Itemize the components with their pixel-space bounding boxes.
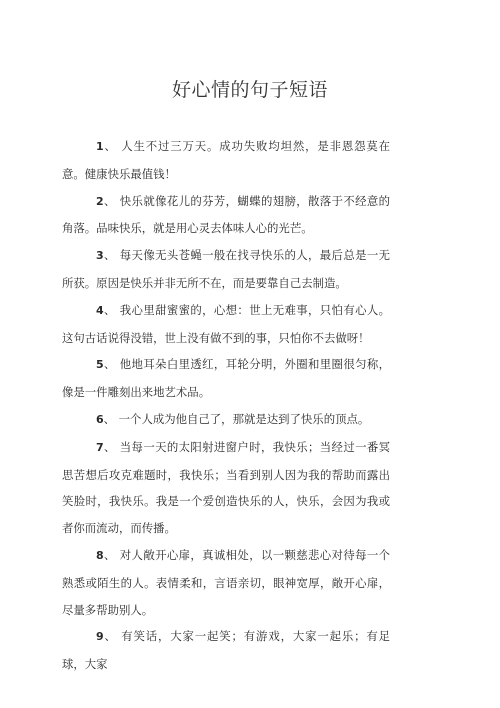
paragraph-text: 、 人生不过三万天。成功失败均坦然，是非恩怨莫在意。健康快乐最值钱！: [62, 139, 390, 181]
paragraph-number: 3: [96, 249, 104, 262]
paragraph-number: 1: [96, 140, 104, 153]
paragraph-9: 9、 有笑话，大家一起笑；有游戏，大家一起乐；有足球，大家: [62, 623, 390, 678]
paragraph-1: 1、 人生不过三万天。成功失败均坦然，是非恩怨莫在意。健康快乐最值钱！: [62, 133, 390, 188]
paragraph-text: 、 每天像无头苍蝇一般在找寻快乐的人，最后总是一无所获。原因是快乐并非无所不在，…: [62, 248, 390, 290]
paragraph-5: 5、 他地耳朵白里透红，耳轮分明，外圈和里圈很匀称，像是一件雕刻出来地艺术品。: [62, 351, 390, 406]
paragraph-number: 7: [96, 441, 104, 454]
document-title: 好心情的句子短语: [0, 75, 500, 102]
paragraph-number: 4: [96, 304, 104, 317]
paragraph-2: 2、 快乐就像花儿的芬芳，蝴蝶的翅膀，散落于不经意的角落。品味快乐，就是用心灵去…: [62, 188, 390, 243]
paragraph-number: 9: [96, 630, 104, 643]
paragraph-4: 4、 我心里甜蜜蜜的，心想：世上无难事，只怕有心人。这句古话说得没错，世上没有做…: [62, 297, 390, 352]
paragraph-8: 8、 对人敞开心扉，真诚相处，以一颗慈悲心对待每一个熟悉或陌生的人。表情柔和，言…: [62, 542, 390, 623]
paragraph-text: 、 快乐就像花儿的芬芳，蝴蝶的翅膀，散落于不经意的角落。品味快乐，就是用心灵去体…: [62, 194, 390, 236]
paragraph-text: 、 我心里甜蜜蜜的，心想：世上无难事，只怕有心人。这句古话说得没错，世上没有做不…: [62, 303, 390, 345]
paragraph-text: 、 对人敞开心扉，真诚相处，以一颗慈悲心对待每一个熟悉或陌生的人。表情柔和，言语…: [62, 548, 390, 617]
paragraph-text: 、 他地耳朵白里透红，耳轮分明，外圈和里圈很匀称，像是一件雕刻出来地艺术品。: [62, 357, 390, 399]
paragraph-number: 5: [96, 358, 104, 371]
paragraph-number: 8: [96, 549, 104, 562]
paragraph-text: 、 有笑话，大家一起笑；有游戏，大家一起乐；有足球，大家: [62, 629, 390, 671]
paragraph-number: 2: [96, 195, 104, 208]
document-body: 1、 人生不过三万天。成功失败均坦然，是非恩怨莫在意。健康快乐最值钱！ 2、 快…: [62, 133, 390, 678]
paragraph-number: 6: [96, 413, 104, 426]
paragraph-text: 、 当每一天的太阳射进窗户时，我快乐；当经过一番冥思苦想后攻克难题时，我快乐；当…: [62, 440, 390, 535]
paragraph-3: 3、 每天像无头苍蝇一般在找寻快乐的人，最后总是一无所获。原因是快乐并非无所不在…: [62, 242, 390, 297]
paragraph-7: 7、 当每一天的太阳射进窗户时，我快乐；当经过一番冥思苦想后攻克难题时，我快乐；…: [62, 434, 390, 542]
paragraph-text: 、 一个人成为他自己了，那就是达到了快乐的顶点。: [104, 412, 370, 426]
document-page: 好心情的句子短语 1、 人生不过三万天。成功失败均坦然，是非恩怨莫在意。健康快乐…: [0, 0, 500, 708]
paragraph-6: 6、 一个人成为他自己了，那就是达到了快乐的顶点。: [62, 406, 390, 434]
